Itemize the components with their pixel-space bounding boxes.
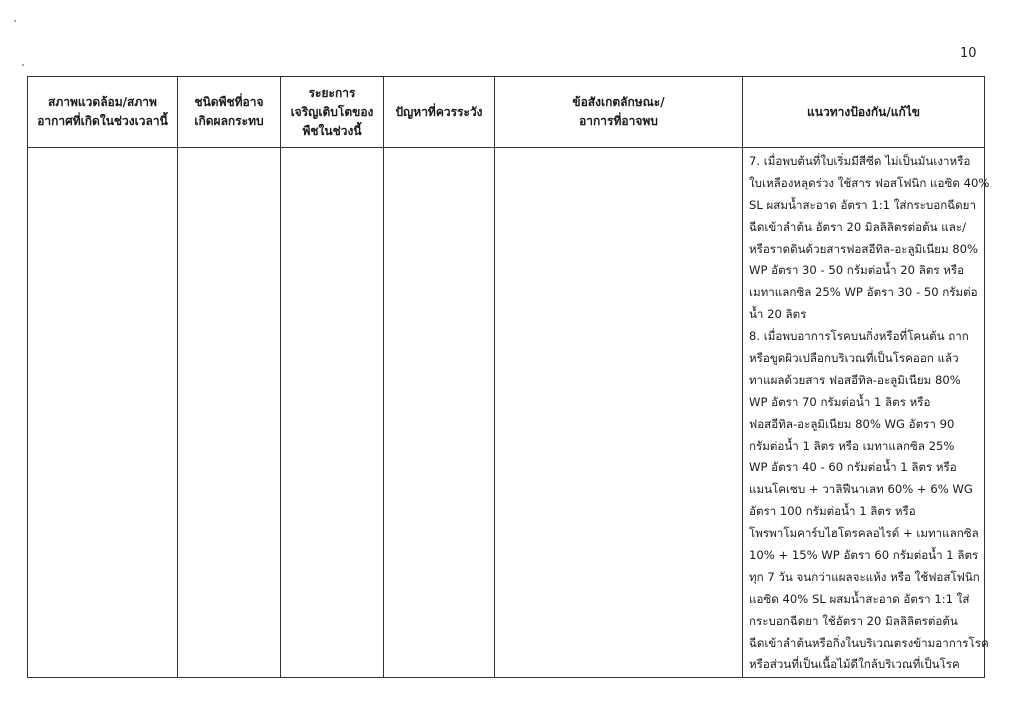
guidance-line: หรือส่วนที่เป็นเนื้อไม้ดีใกล้บริเวณที่เป…	[749, 654, 980, 676]
guidance-line: อัตรา 100 กรัมต่อน้ำ 1 ลิตร หรือ	[749, 501, 980, 523]
guidance-line: ทุก 7 วัน จนกว่าแผลจะแห้ง หรือ ใช้ฟอสโฟน…	[749, 567, 980, 589]
cell-observation	[495, 148, 743, 678]
header-row: สภาพแวดล้อม/สภาพ อากาศที่เกิดในช่วงเวลาน…	[28, 77, 985, 148]
cell-problem	[384, 148, 495, 678]
header-guidance: แนวทางป้องกัน/แก้ไข	[743, 77, 985, 148]
guidance-line: ใบเหลืองหลุดร่วง ใช้สาร ฟอสโฟนิก แอซิด 4…	[749, 173, 980, 195]
cell-growth-stage	[281, 148, 384, 678]
guidance-line: แมนโคเซบ + วาลิฟีนาเลท 60% + 6% WG	[749, 479, 980, 501]
guidance-line: เมทาแลกซิล 25% WP อัตรา 30 - 50 กรัมต่อ	[749, 282, 980, 304]
guidance-line: 8. เมื่อพบอาการโรคบนกิ่งหรือที่โคนต้น ถา…	[749, 326, 980, 348]
guidance-line: โพรพาโมคาร์บไฮโดรคลอไรด์ + เมทาแลกซิล	[749, 523, 980, 545]
guidance-line: กรัมต่อน้ำ 1 ลิตร หรือ เมทาแลกซิล 25%	[749, 436, 980, 458]
guidance-line: 10% + 15% WP อัตรา 60 กรัมต่อน้ำ 1 ลิตร	[749, 545, 980, 567]
guidance-line: ฉีดเข้าลำต้นหรือกิ่งในบริเวณตรงข้ามอาการ…	[749, 633, 980, 655]
guidance-line: WP อัตรา 40 - 60 กรัมต่อน้ำ 1 ลิตร หรือ	[749, 457, 980, 479]
guidance-line: กระบอกฉีดยา ใช้อัตรา 20 มิลลิลิตรต่อต้น	[749, 611, 980, 633]
header-growth-stage: ระยะการ เจริญเติบโตของ พืชในช่วงนี้	[281, 77, 384, 148]
cell-environment	[28, 148, 178, 678]
header-problem: ปัญหาที่ควรระวัง	[384, 77, 495, 148]
cell-guidance: 7. เมื่อพบต้นที่ใบเริ่มมีสีซีด ไม่เป็นมั…	[743, 148, 985, 678]
page-number: 10	[960, 46, 977, 61]
guidance-line: ฉีดเข้าลำต้น อัตรา 20 มิลลิลิตรต่อต้น แล…	[749, 217, 980, 239]
header-affected-crop: ชนิดพืชที่อาจ เกิดผลกระทบ	[178, 77, 281, 148]
guidance-line: หรือราดดินด้วยสารฟอสอีทิล-อะลูมิเนียม 80…	[749, 239, 980, 261]
guidance-line: แอซิด 40% SL ผสมน้ำสะอาด อัตรา 1:1 ใส่	[749, 589, 980, 611]
table-row: 7. เมื่อพบต้นที่ใบเริ่มมีสีซีด ไม่เป็นมั…	[28, 148, 985, 678]
scan-speck	[14, 20, 16, 22]
cell-affected-crop	[178, 148, 281, 678]
guidance-text: 7. เมื่อพบต้นที่ใบเริ่มมีสีซีด ไม่เป็นมั…	[743, 148, 984, 676]
header-environment: สภาพแวดล้อม/สภาพ อากาศที่เกิดในช่วงเวลาน…	[28, 77, 178, 148]
guidance-line: WP อัตรา 30 - 50 กรัมต่อน้ำ 20 ลิตร หรือ	[749, 260, 980, 282]
recommendation-table: สภาพแวดล้อม/สภาพ อากาศที่เกิดในช่วงเวลาน…	[27, 76, 985, 678]
scan-speck	[22, 64, 24, 66]
guidance-line: ทาแผลด้วยสาร ฟอสอีทิล-อะลูมิเนียม 80%	[749, 370, 980, 392]
guidance-line: ฟอสอีทิล-อะลูมิเนียม 80% WG อัตรา 90	[749, 414, 980, 436]
guidance-line: น้ำ 20 ลิตร	[749, 304, 980, 326]
guidance-line: SL ผสมน้ำสะอาด อัตรา 1:1 ใส่กระบอกฉีดยา	[749, 195, 980, 217]
guidance-line: WP อัตรา 70 กรัมต่อน้ำ 1 ลิตร หรือ	[749, 392, 980, 414]
header-observation: ข้อสังเกตลักษณะ/ อาการที่อาจพบ	[495, 77, 743, 148]
guidance-line: หรือขูดผิวเปลือกบริเวณที่เป็นโรคออก แล้ว	[749, 348, 980, 370]
guidance-line: 7. เมื่อพบต้นที่ใบเริ่มมีสีซีด ไม่เป็นมั…	[749, 151, 980, 173]
